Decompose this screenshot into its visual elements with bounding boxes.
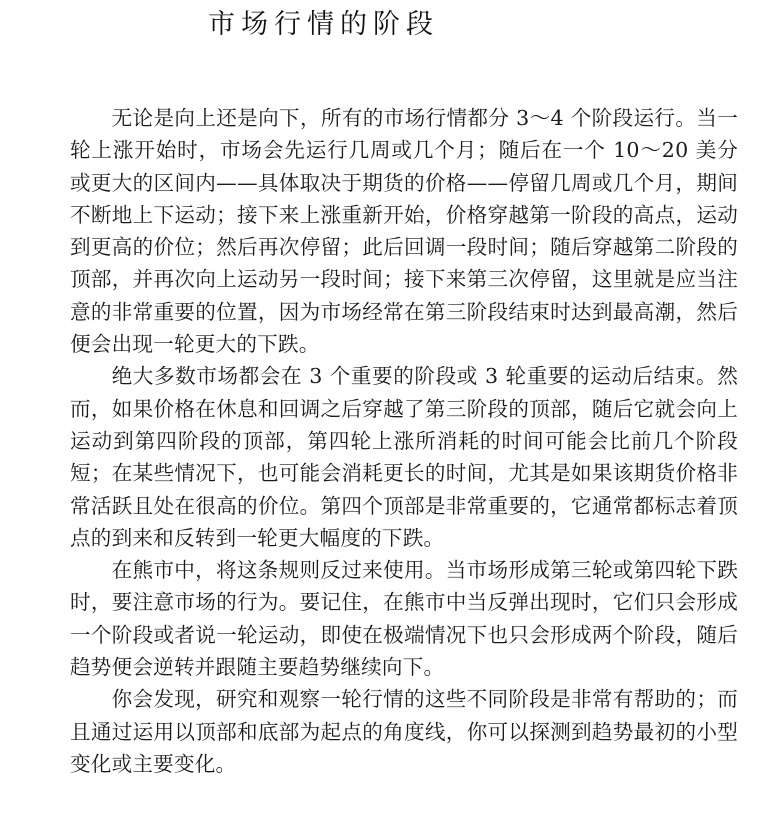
- paragraph-1: 无论是向上还是向下，所有的市场行情都分 3～4 个阶段运行。当一轮上涨开始时，市…: [70, 102, 738, 360]
- paragraph-2: 绝大多数市场都会在 3 个重要的阶段或 3 轮重要的运动后结束。然而，如果价格在…: [70, 360, 738, 554]
- body-text: 无论是向上还是向下，所有的市场行情都分 3～4 个阶段运行。当一轮上涨开始时，市…: [70, 102, 738, 780]
- section-title: 市场行情的阶段: [208, 2, 508, 41]
- paragraph-4: 你会发现，研究和观察一轮行情的这些不同阶段是非常有帮助的；而且通过运用以顶部和底…: [70, 683, 738, 780]
- paragraph-3: 在熊市中，将这条规则反过来使用。当市场形成第三轮或第四轮下跌时，要注意市场的行为…: [70, 554, 738, 683]
